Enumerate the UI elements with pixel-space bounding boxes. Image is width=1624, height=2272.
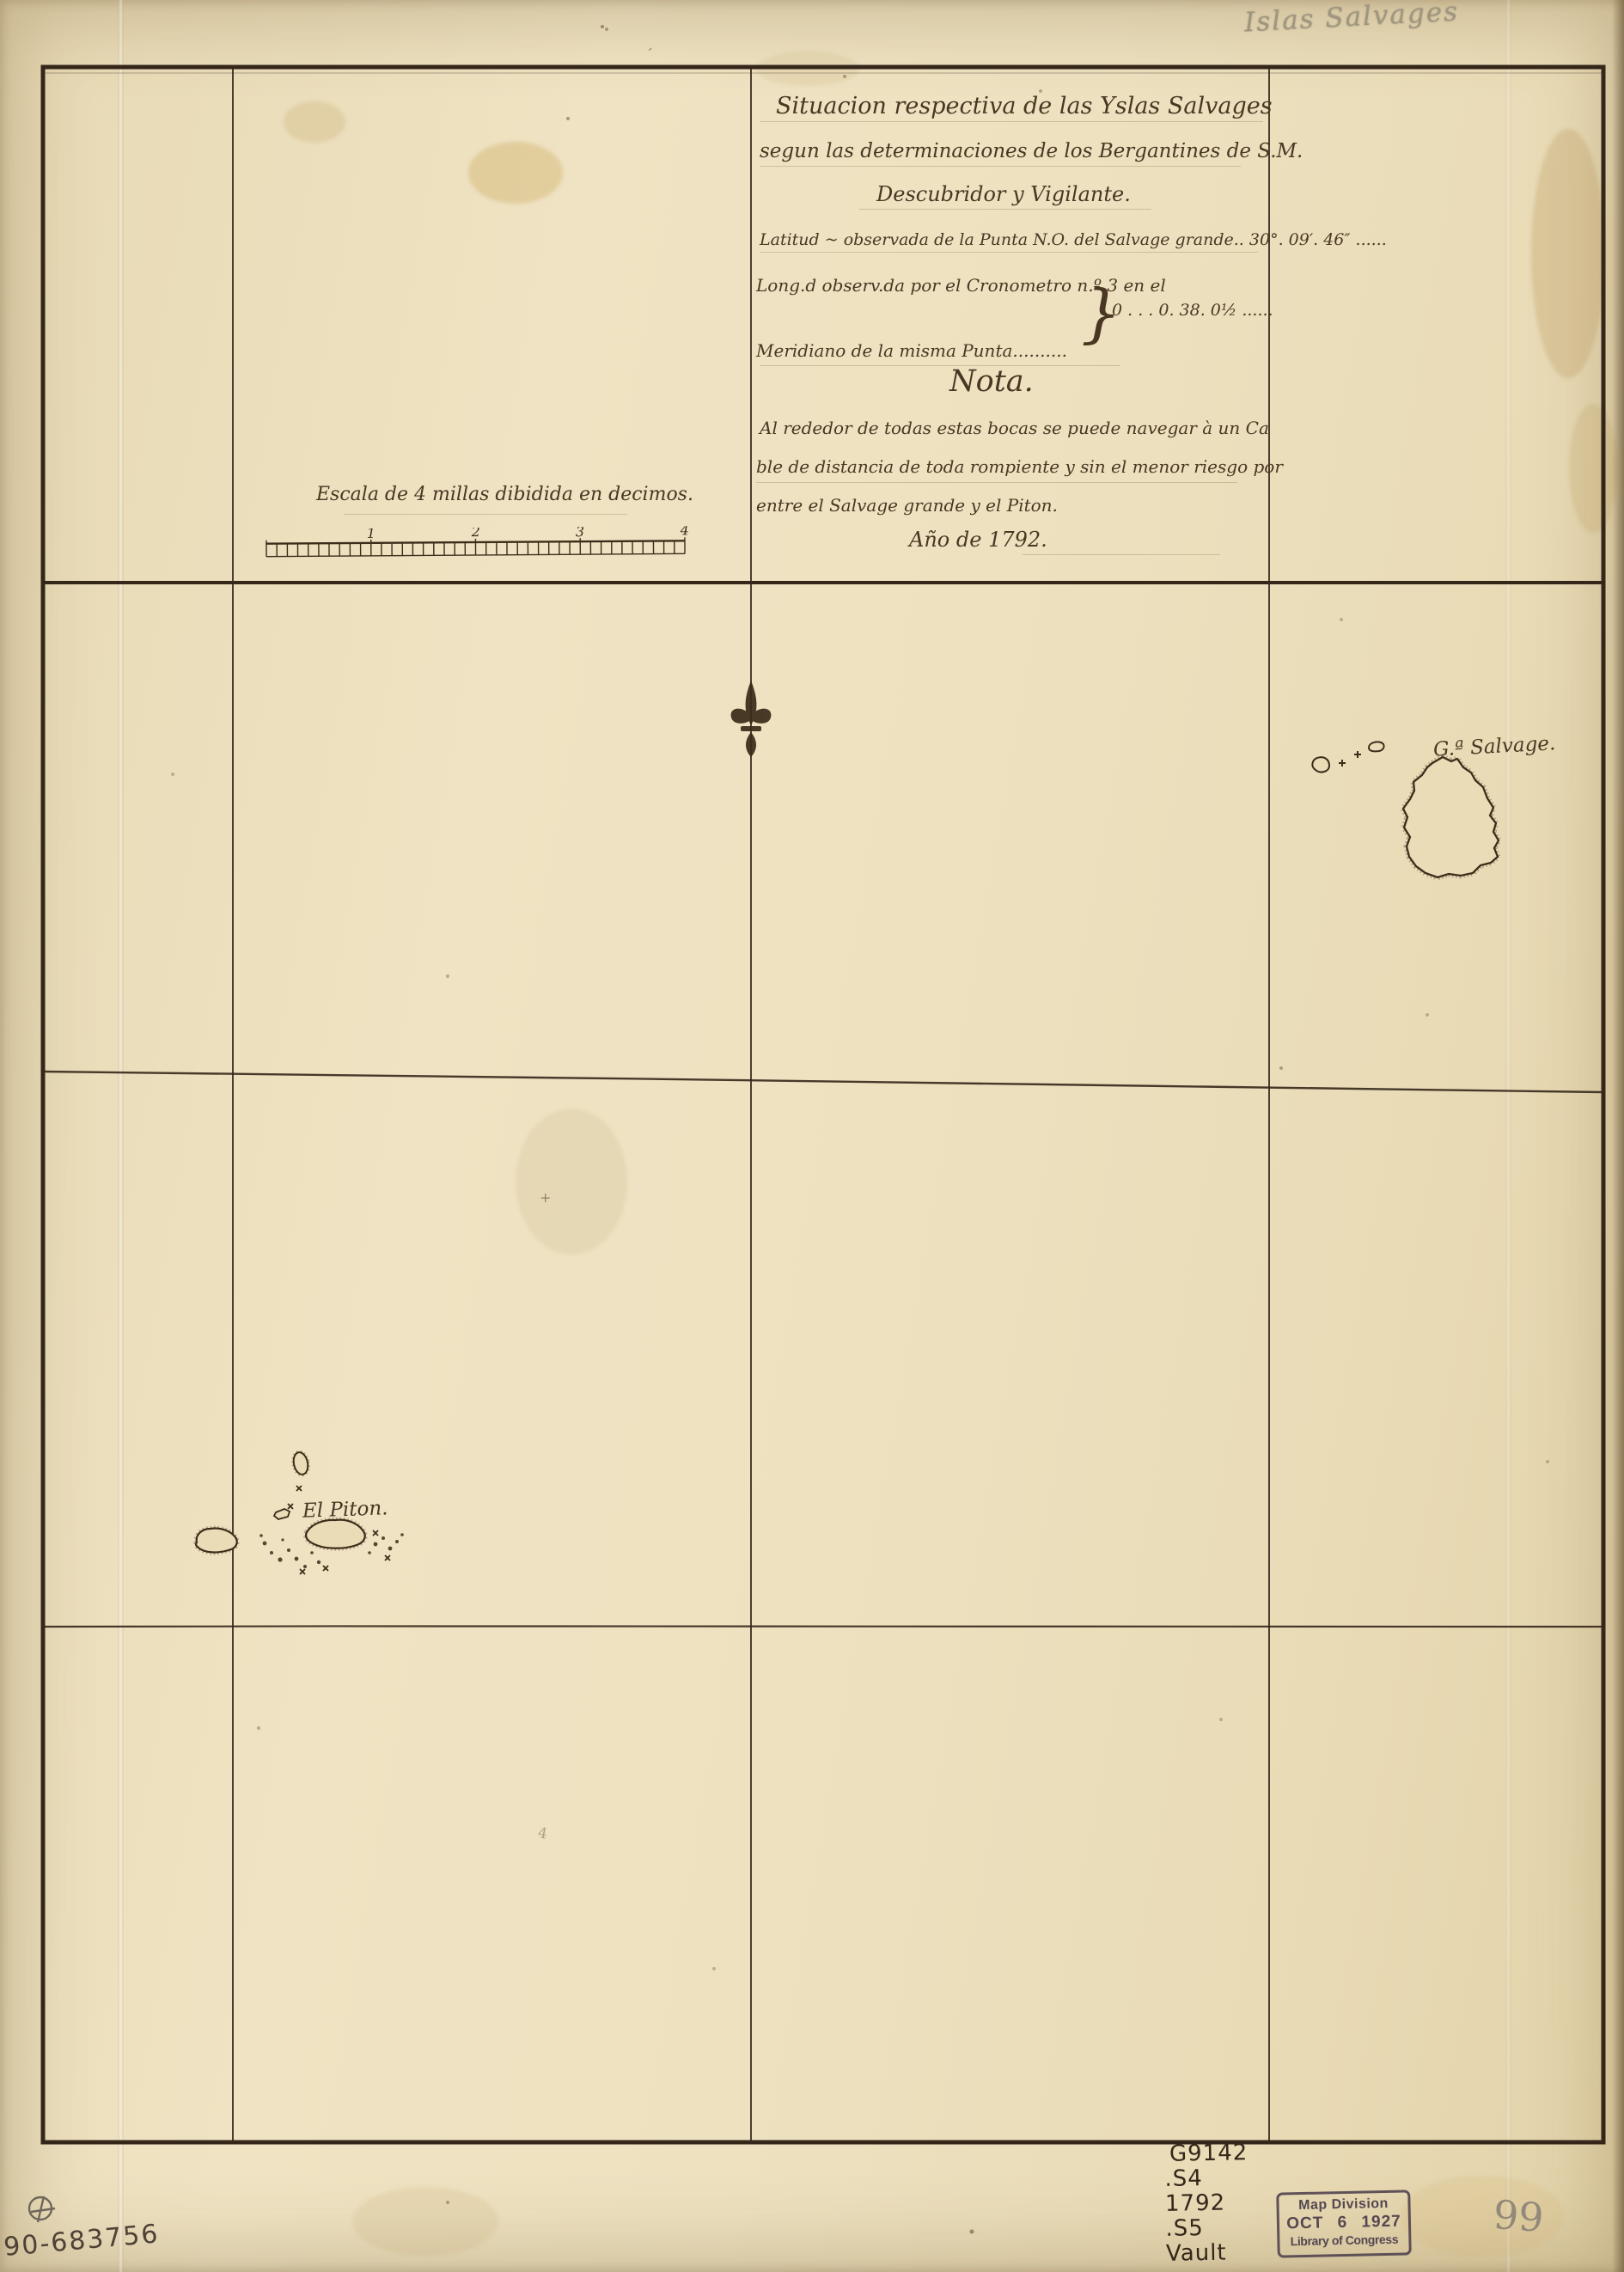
- call-number-line: .S5: [1165, 2215, 1249, 2242]
- scale-label: Escala de 4 millas dibidida en decimos.: [316, 484, 693, 505]
- rock-cross: [323, 1566, 328, 1571]
- paper-specks: [0, 0, 2, 2]
- map-title-line-3: Descubridor y Vigilante.: [876, 182, 1131, 206]
- nota-heading: Nota.: [949, 364, 1034, 399]
- guide-line: [760, 166, 1241, 167]
- nota-text-line-1: Al rededor de todas estas bocas se puede…: [760, 418, 1269, 438]
- stamp-line-division: Map Division: [1279, 2196, 1407, 2214]
- guide-line: [1023, 554, 1220, 555]
- guide-line: [760, 252, 1258, 253]
- guide-line: [756, 482, 1237, 483]
- rock-cross: [288, 1504, 293, 1509]
- guide-line: [760, 121, 1263, 122]
- longitude-note-line-2: Meridiano de la misma Punta..........: [756, 340, 1067, 361]
- nota-text-line-3: entre el Salvage grande y el Piton.: [756, 495, 1058, 516]
- latitude-note: Latitud ~ observada de la Punta N.O. del…: [760, 230, 1387, 249]
- rock-cross: [385, 1555, 390, 1560]
- library-of-congress-stamp: Map Division OCT 6 1927 Library of Congr…: [1276, 2190, 1412, 2257]
- islet: [1369, 742, 1384, 751]
- call-number-line: Vault: [1166, 2240, 1250, 2267]
- call-number-line: G9142: [1169, 2141, 1249, 2167]
- scale-tick-label: 3: [576, 526, 584, 540]
- call-number-line: 1792: [1165, 2190, 1249, 2217]
- el-piton-label: El Piton.: [302, 1497, 388, 1522]
- longitude-value: 0 . . . 0. 38. 0½ ......: [1112, 301, 1273, 320]
- nota-text-line-2: ble de distancia de toda rompiente y sin…: [756, 456, 1283, 477]
- guide-line: [344, 514, 627, 515]
- islet: [274, 1509, 290, 1519]
- map-title-line-1: Situacion respectiva de las Yslas Salvag…: [776, 93, 1273, 119]
- stamp-line-date: OCT 6 1927: [1279, 2212, 1408, 2233]
- piton-main-island: [306, 1520, 365, 1548]
- guide-line: [760, 365, 1120, 366]
- call-number-line: .S4: [1164, 2165, 1249, 2192]
- islet: [1312, 757, 1329, 772]
- scale-tick-label: 1: [367, 526, 375, 541]
- year-line: Año de 1792.: [909, 528, 1047, 552]
- scanned-map-sheet: Situacion respectiva de las Yslas Salvag…: [0, 0, 1624, 2272]
- stray-mark: +: [540, 1189, 551, 1206]
- map-title-line-2: segun las determinaciones de los Bergant…: [760, 140, 1303, 162]
- call-number: G9142 .S4 1792 .S5 Vault: [1164, 2141, 1250, 2267]
- rock-cross: [373, 1530, 378, 1536]
- rock-cross: [1339, 760, 1346, 766]
- islet: [291, 1451, 309, 1476]
- scale-bar: 1 2 3 4: [259, 526, 699, 571]
- scale-tick-label: 2: [471, 526, 480, 540]
- scale-tick-label: 4: [680, 526, 689, 538]
- rock-cross: [1354, 751, 1361, 758]
- rock-cross: [296, 1486, 302, 1491]
- paper-edge-shadow: [1612, 0, 1624, 2272]
- guide-line: [859, 209, 1151, 210]
- west-islet: [196, 1529, 237, 1553]
- rock-cross: [300, 1569, 305, 1574]
- fleur-de-lis-icon: [727, 677, 775, 761]
- pencil-page-number: 99: [1492, 2191, 1545, 2241]
- stamp-line-library: Library of Congress: [1279, 2232, 1408, 2248]
